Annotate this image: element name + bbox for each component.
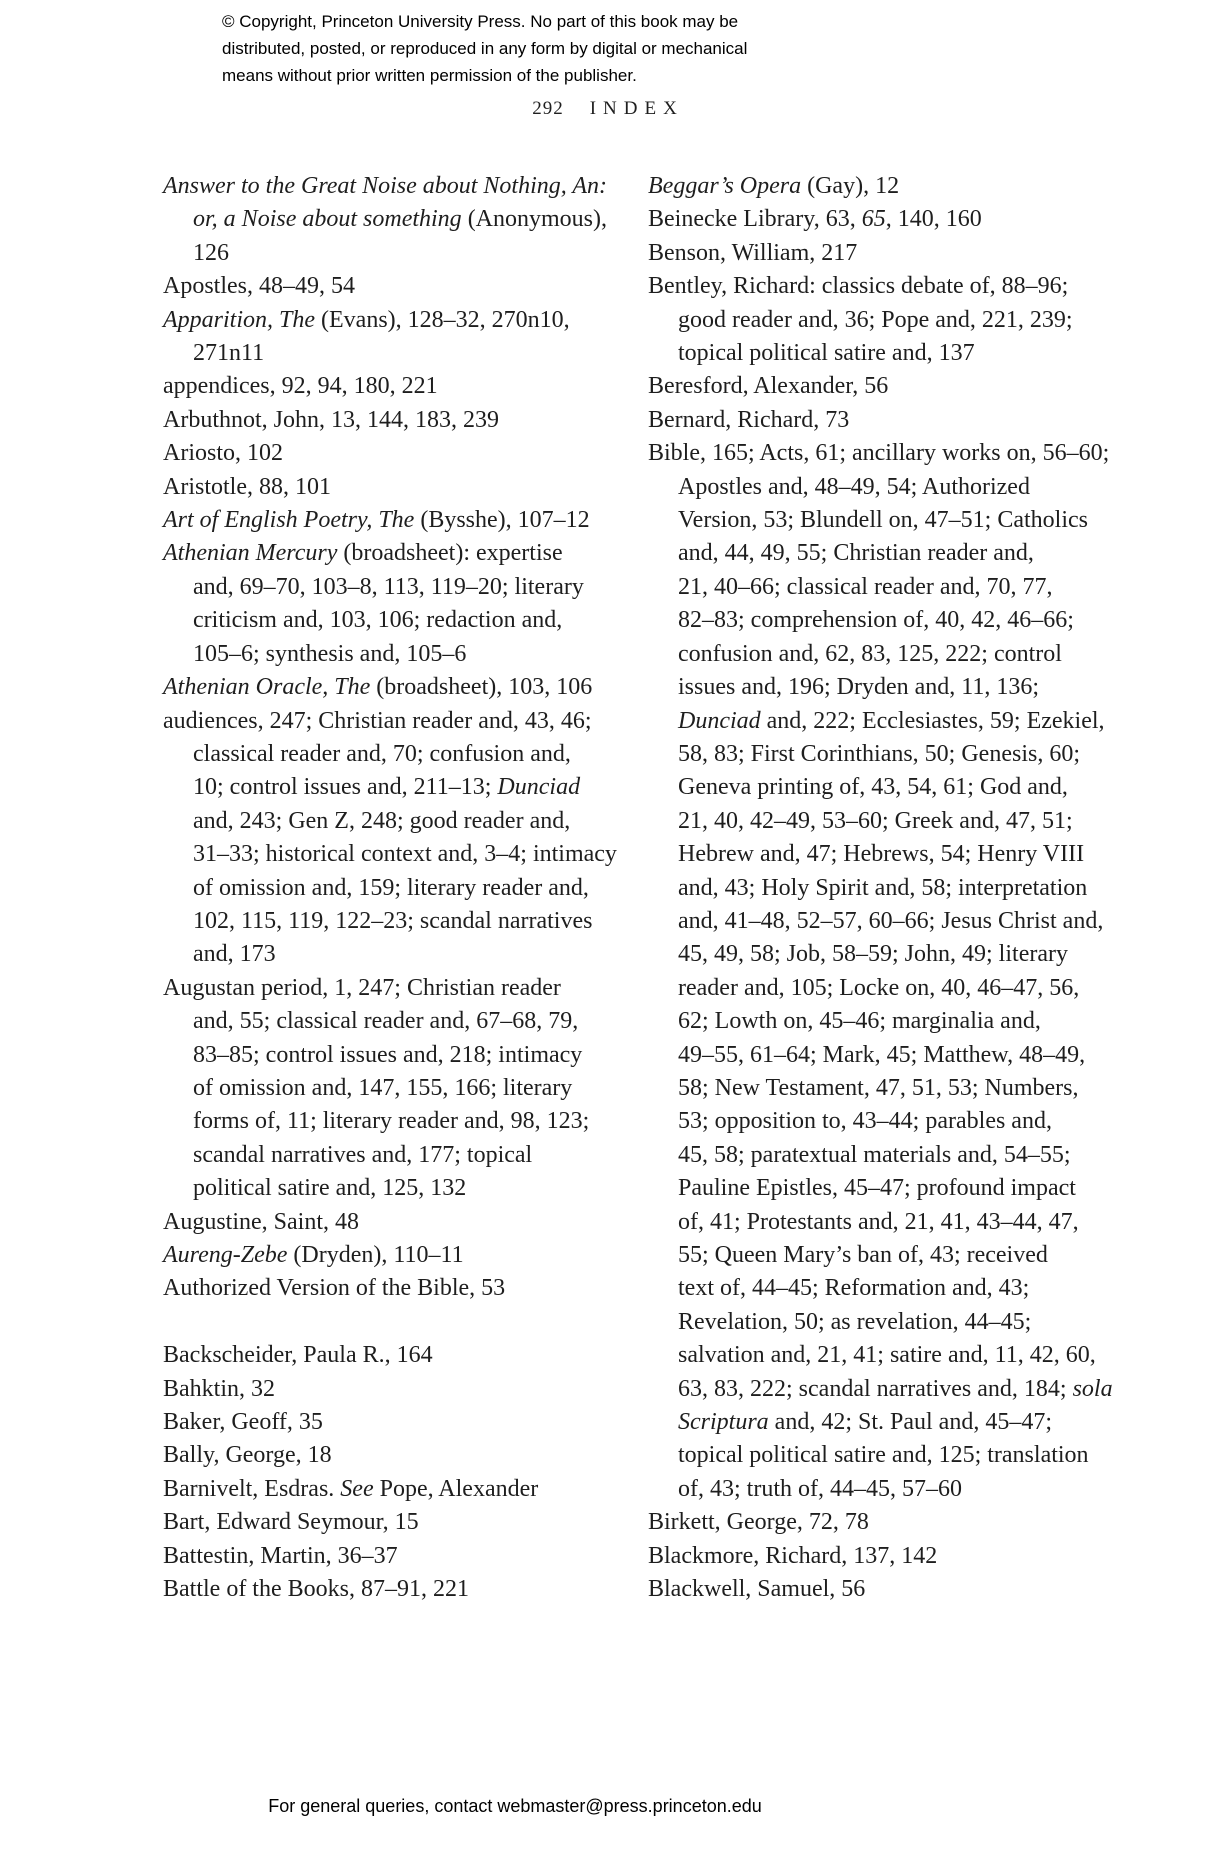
index-line: 126 xyxy=(163,237,643,270)
index-line: 55; Queen Mary’s ban of, 43; received xyxy=(648,1239,1128,1272)
page-number: 292 xyxy=(532,98,564,119)
index-line: of, 43; truth of, 44–45, 57–60 xyxy=(648,1473,1128,1506)
index-line: 21, 40–66; classical reader and, 70, 77, xyxy=(648,571,1128,604)
index-line: criticism and, 103, 106; redaction and, xyxy=(163,604,643,637)
index-line: reader and, 105; Locke on, 40, 46–47, 56… xyxy=(648,972,1128,1005)
index-line: Art of English Poetry, The (Bysshe), 107… xyxy=(163,504,643,537)
index-line: 31–33; historical context and, 3–4; inti… xyxy=(163,838,643,871)
index-line: Version, 53; Blundell on, 47–51; Catholi… xyxy=(648,504,1128,537)
index-line: 10; control issues and, 211–13; Dunciad xyxy=(163,771,643,804)
index-line: 21, 40, 42–49, 53–60; Greek and, 47, 51; xyxy=(648,805,1128,838)
index-line: Aristotle, 88, 101 xyxy=(163,471,643,504)
index-line: and, 44, 49, 55; Christian reader and, xyxy=(648,537,1128,570)
index-line: classical reader and, 70; confusion and, xyxy=(163,738,643,771)
index-line: 83–85; control issues and, 218; intimacy xyxy=(163,1039,643,1072)
index-line: 105–6; synthesis and, 105–6 xyxy=(163,638,643,671)
index-line: Answer to the Great Noise about Nothing,… xyxy=(163,170,643,203)
index-line: Beggar’s Opera (Gay), 12 xyxy=(648,170,1128,203)
copyright-line: © Copyright, Princeton University Press.… xyxy=(222,8,747,35)
index-line: 45, 49, 58; Job, 58–59; John, 49; litera… xyxy=(648,938,1128,971)
index-line: Baker, Geoff, 35 xyxy=(163,1406,643,1439)
index-line: Apostles and, 48–49, 54; Authorized xyxy=(648,471,1128,504)
page-header: 292INDEX xyxy=(163,98,1053,120)
index-line: 58; New Testament, 47, 51, 53; Numbers, xyxy=(648,1072,1128,1105)
index-line: Beresford, Alexander, 56 xyxy=(648,370,1128,403)
index-line: Benson, William, 217 xyxy=(648,237,1128,270)
footer-contact: For general queries, contact webmaster@p… xyxy=(0,1796,1030,1817)
index-line: Apostles, 48–49, 54 xyxy=(163,270,643,303)
index-line: Blackmore, Richard, 137, 142 xyxy=(648,1540,1128,1573)
index-left-column: Answer to the Great Noise about Nothing,… xyxy=(163,170,643,1606)
index-line: Bally, George, 18 xyxy=(163,1439,643,1472)
index-line: Bernard, Richard, 73 xyxy=(648,404,1128,437)
index-line: audiences, 247; Christian reader and, 43… xyxy=(163,705,643,738)
index-line: of omission and, 147, 155, 166; literary xyxy=(163,1072,643,1105)
copyright-line: distributed, posted, or reproduced in an… xyxy=(222,35,747,62)
index-line: Bahktin, 32 xyxy=(163,1373,643,1406)
index-line: Bentley, Richard: classics debate of, 88… xyxy=(648,270,1128,303)
index-line: Athenian Mercury (broadsheet): expertise xyxy=(163,537,643,570)
index-line: topical political satire and, 125; trans… xyxy=(648,1439,1128,1472)
index-line: forms of, 11; literary reader and, 98, 1… xyxy=(163,1105,643,1138)
index-line: and, 69–70, 103–8, 113, 119–20; literary xyxy=(163,571,643,604)
index-line: Hebrew and, 47; Hebrews, 54; Henry VIII xyxy=(648,838,1128,871)
index-line: Battestin, Martin, 36–37 xyxy=(163,1540,643,1573)
index-line: Barnivelt, Esdras. See Pope, Alexander xyxy=(163,1473,643,1506)
index-line: 82–83; comprehension of, 40, 42, 46–66; xyxy=(648,604,1128,637)
index-line: Augustine, Saint, 48 xyxy=(163,1206,643,1239)
index-right-column: Beggar’s Opera (Gay), 12Beinecke Library… xyxy=(648,170,1128,1606)
index-line: 102, 115, 119, 122–23; scandal narrative… xyxy=(163,905,643,938)
index-line: Revelation, 50; as revelation, 44–45; xyxy=(648,1306,1128,1339)
index-line: Geneva printing of, 43, 54, 61; God and, xyxy=(648,771,1128,804)
index-line: text of, 44–45; Reformation and, 43; xyxy=(648,1272,1128,1305)
index-line: 49–55, 61–64; Mark, 45; Matthew, 48–49, xyxy=(648,1039,1128,1072)
copyright-line: means without prior written permission o… xyxy=(222,62,747,89)
index-line: political satire and, 125, 132 xyxy=(163,1172,643,1205)
index-line: 271n11 xyxy=(163,337,643,370)
index-line: Aureng-Zebe (Dryden), 110–11 xyxy=(163,1239,643,1272)
index-line: Blackwell, Samuel, 56 xyxy=(648,1573,1128,1606)
index-line: Birkett, George, 72, 78 xyxy=(648,1506,1128,1539)
index-line: 45, 58; paratextual materials and, 54–55… xyxy=(648,1139,1128,1172)
index-line: 58, 83; First Corinthians, 50; Genesis, … xyxy=(648,738,1128,771)
index-line: salvation and, 21, 41; satire and, 11, 4… xyxy=(648,1339,1128,1372)
index-line: or, a Noise about something (Anonymous), xyxy=(163,203,643,236)
blank-line xyxy=(163,1306,643,1339)
index-line: Dunciad and, 222; Ecclesiastes, 59; Ezek… xyxy=(648,705,1128,738)
index-line: Beinecke Library, 63, 65, 140, 160 xyxy=(648,203,1128,236)
index-line: and, 41–48, 52–57, 60–66; Jesus Christ a… xyxy=(648,905,1128,938)
index-line: Athenian Oracle, The (broadsheet), 103, … xyxy=(163,671,643,704)
index-line: issues and, 196; Dryden and, 11, 136; xyxy=(648,671,1128,704)
index-line: and, 43; Holy Spirit and, 58; interpreta… xyxy=(648,872,1128,905)
index-line: 62; Lowth on, 45–46; marginalia and, xyxy=(648,1005,1128,1038)
index-line: and, 243; Gen Z, 248; good reader and, xyxy=(163,805,643,838)
index-line: Backscheider, Paula R., 164 xyxy=(163,1339,643,1372)
index-line: Ariosto, 102 xyxy=(163,437,643,470)
index-line: appendices, 92, 94, 180, 221 xyxy=(163,370,643,403)
index-line: confusion and, 62, 83, 125, 222; control xyxy=(648,638,1128,671)
index-line: of, 41; Protestants and, 21, 41, 43–44, … xyxy=(648,1206,1128,1239)
index-line: Scriptura and, 42; St. Paul and, 45–47; xyxy=(648,1406,1128,1439)
index-title: INDEX xyxy=(590,98,684,119)
index-line: Pauline Epistles, 45–47; profound impact xyxy=(648,1172,1128,1205)
copyright-notice: © Copyright, Princeton University Press.… xyxy=(222,8,747,89)
index-line: scandal narratives and, 177; topical xyxy=(163,1139,643,1172)
book-page: © Copyright, Princeton University Press.… xyxy=(0,0,1225,1850)
index-line: 53; opposition to, 43–44; parables and, xyxy=(648,1105,1128,1138)
index-line: Arbuthnot, John, 13, 144, 183, 239 xyxy=(163,404,643,437)
index-line: Battle of the Books, 87–91, 221 xyxy=(163,1573,643,1606)
index-line: Augustan period, 1, 247; Christian reade… xyxy=(163,972,643,1005)
index-line: 63, 83, 222; scandal narratives and, 184… xyxy=(648,1373,1128,1406)
index-line: of omission and, 159; literary reader an… xyxy=(163,872,643,905)
index-line: good reader and, 36; Pope and, 221, 239; xyxy=(648,304,1128,337)
index-line: Apparition, The (Evans), 128–32, 270n10, xyxy=(163,304,643,337)
index-line: Bart, Edward Seymour, 15 xyxy=(163,1506,643,1539)
index-line: topical political satire and, 137 xyxy=(648,337,1128,370)
index-line: Authorized Version of the Bible, 53 xyxy=(163,1272,643,1305)
index-line: and, 55; classical reader and, 67–68, 79… xyxy=(163,1005,643,1038)
index-line: and, 173 xyxy=(163,938,643,971)
index-line: Bible, 165; Acts, 61; ancillary works on… xyxy=(648,437,1128,470)
